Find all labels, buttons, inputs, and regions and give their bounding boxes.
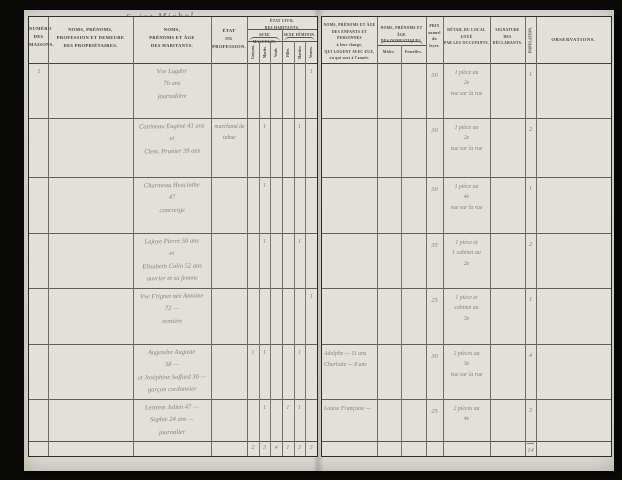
- civil-mark: 1: [294, 122, 306, 133]
- house-number-entry: [31, 235, 47, 236]
- header-etat-profession: ÉTAT OU PROFESSION.: [211, 27, 247, 50]
- civil-mark: [282, 67, 294, 78]
- subcol-label: Mariés.: [259, 41, 271, 63]
- header-habitants: NOMS, PRÉNOMS ET ÂGE DES HABITANTS.: [133, 26, 211, 49]
- civil-mark: [305, 122, 317, 133]
- civil-total: 1: [282, 443, 294, 454]
- civil-mark: [305, 348, 317, 359]
- population-entry: 1: [525, 294, 536, 306]
- civil-total: 3: [305, 443, 317, 454]
- civil-mark: [259, 292, 271, 303]
- table-row: Cattineau Eugène 41 ans et Clem. Prunier…: [29, 118, 317, 177]
- header-dom-femelles: Femelles.: [401, 49, 426, 56]
- civil-mark: [270, 292, 282, 303]
- civil-total: 4: [270, 443, 282, 454]
- loyer-entry: 25: [426, 295, 443, 307]
- subcol-label: Garçons.: [247, 41, 259, 63]
- detail-local-entry: 1 pièce et cabinet au 3e: [443, 293, 490, 324]
- header-population: POPULATION.: [525, 18, 536, 62]
- civil-mark: [247, 122, 259, 133]
- habitants-entry: Cattineau Eugène 41 ans et Clem. Prunier…: [129, 120, 216, 159]
- civil-mark: [294, 292, 306, 303]
- photo-background: rue Saint Michel 523 NUMÉRO DES MAISONS.…: [0, 0, 622, 480]
- civil-mark: 1: [294, 237, 306, 248]
- civil-mark: 1: [282, 403, 294, 414]
- house-number-entry: [31, 401, 47, 402]
- population-entry: 1: [525, 183, 536, 195]
- table-row: 1 Vve Lugder 70 ans journalière 1: [29, 63, 317, 118]
- civil-mark: [305, 403, 317, 414]
- detail-local-entry: 1 pièce au 2e vue sur la rue: [443, 123, 490, 154]
- civil-mark: 1: [259, 403, 271, 414]
- civil-mark: [247, 237, 259, 248]
- civil-mark: 1: [294, 403, 306, 414]
- civil-mark: [294, 181, 306, 192]
- civil-status-marks: 1: [247, 181, 317, 192]
- totals-row: 2 3 4 1 3 3: [29, 441, 317, 456]
- habitants-entry: Augendre Auguste 38 — et Joséphine Soffa…: [129, 346, 216, 397]
- civil-total: 3: [294, 443, 306, 454]
- header-signature: SIGNATURE DES DÉCLARANTS.: [490, 27, 525, 47]
- habitants-entry: Charmeau Hyacinthe 47 concierge: [129, 179, 216, 218]
- habitants-entry: Lajoye Pierre 50 ans et Elisabeth Colin …: [129, 235, 216, 286]
- civil-mark: [282, 292, 294, 303]
- house-number-entry: [31, 120, 47, 121]
- left-page-table: NUMÉRO DES MAISONS. NOMS, PRÉNOMS, PROFE…: [28, 16, 318, 457]
- population-entry: 3: [525, 405, 536, 417]
- habitants-entry: Vve Frignet née Antoine 72 — rentière: [129, 290, 216, 329]
- detail-local-entry: 1 pièce et 1 cabinet au 2e: [443, 238, 490, 269]
- civil-mark: [247, 403, 259, 414]
- house-number-entry: [31, 290, 47, 291]
- population-entry: 4: [525, 350, 536, 362]
- civil-status-marks: 1 1: [247, 237, 317, 248]
- detail-local-entry: 1 pièce au 2e vue sur la rue: [443, 68, 490, 99]
- civil-status-marks: 1 1: [247, 122, 317, 133]
- civil-total: 2: [247, 443, 259, 454]
- loyer-entry: 30: [426, 351, 443, 363]
- population-entry: 2: [525, 124, 536, 136]
- subcol-label: Filles.: [282, 41, 294, 63]
- civil-mark: [270, 67, 282, 78]
- civil-mark: [305, 237, 317, 248]
- civil-mark: [270, 181, 282, 192]
- detail-local-entry: 2 pièces au 3e vue sur la rue: [443, 349, 490, 380]
- loyer-entry: 30: [426, 184, 443, 196]
- header-dom-males: Mâles.: [377, 49, 401, 56]
- header-detail-local: DÉTAIL DU LOCAL LOUÉ PAR LES OCCUPANTS.: [443, 27, 490, 47]
- civil-mark: 1: [259, 181, 271, 192]
- civil-mark: 1: [259, 122, 271, 133]
- enfants-entry: Louise Françoise —: [324, 404, 376, 415]
- civil-status-totals: 2 3 4 1 3 3: [247, 443, 317, 454]
- table-row: Louise Françoise — 25 2 pièces au 4e 3: [322, 399, 611, 441]
- civil-mark: 1: [305, 292, 317, 303]
- subcol-label: Veuves.: [305, 41, 317, 63]
- civil-mark: [305, 181, 317, 192]
- habitants-entry: Vve Lugder 70 ans journalière: [129, 65, 216, 104]
- table-row: Lestrem Julien 47 — Sophie 24 ans — jour…: [29, 399, 317, 441]
- civil-mark: 1: [247, 348, 259, 359]
- loyer-entry: 35: [426, 240, 443, 252]
- civil-status-marks: 1: [247, 292, 317, 303]
- civil-mark: [270, 237, 282, 248]
- civil-mark: [282, 181, 294, 192]
- table-row: Vve Frignet née Antoine 72 — rentière 1: [29, 288, 317, 344]
- house-number-entry: [31, 346, 47, 347]
- table-row: 30 1 pièce au 2e vue sur la rue 1: [322, 63, 611, 118]
- header-observations: OBSERVATIONS.: [536, 36, 611, 44]
- table-row: Adolphe — 11 ans Charlotte — 8 ans 30 2 …: [322, 344, 611, 399]
- population-entry: 2: [525, 239, 536, 251]
- enfants-entry: Adolphe — 11 ans Charlotte — 8 ans: [324, 349, 376, 371]
- civil-status-marks: 1: [247, 67, 317, 78]
- civil-mark: 1: [305, 67, 317, 78]
- table-row: Lajoye Pierre 50 ans et Elisabeth Colin …: [29, 233, 317, 288]
- civil-mark: [247, 67, 259, 78]
- loyer-entry: 25: [426, 406, 443, 418]
- table-row: Augendre Auguste 38 — et Joséphine Soffa…: [29, 344, 317, 399]
- brace-decoration: [380, 41, 423, 46]
- civil-mark: [247, 292, 259, 303]
- civil-status-marks: 1 1 1: [247, 403, 317, 414]
- civil-mark: 1: [259, 237, 271, 248]
- subcol-label: Veufs.: [270, 41, 282, 63]
- header-prix-loyer: PRIX annuel du loyer.: [426, 23, 443, 50]
- document-page: rue Saint Michel 523 NUMÉRO DES MAISONS.…: [24, 10, 614, 471]
- house-number-entry: 1: [31, 65, 48, 78]
- subcol-label: Mariées.: [294, 41, 306, 63]
- table-row: 30 1 pièce au 2e vue sur la rue 2: [322, 118, 611, 177]
- loyer-entry: 30: [426, 70, 443, 82]
- header-proprietaires: NOMS, PRÉNOMS, PROFESSION ET DEMEURE DES…: [48, 26, 133, 49]
- civil-mark: [294, 67, 306, 78]
- table-row: Charmeau Hyacinthe 47 concierge 1: [29, 177, 317, 233]
- civil-mark: [270, 348, 282, 359]
- civil-mark: [282, 237, 294, 248]
- loyer-entry: 30: [426, 125, 443, 137]
- population-total: 14: [525, 443, 536, 457]
- civil-status-marks: 1 1 1: [247, 348, 317, 359]
- table-row: 30 1 pièce au 4e vue sur la rue 1: [322, 177, 611, 233]
- civil-mark: [270, 403, 282, 414]
- house-number-entry: [31, 179, 47, 180]
- profession-entry: marchand de tabac: [212, 122, 247, 144]
- civil-mark: 1: [259, 348, 271, 359]
- habitants-entry: Lestrem Julien 47 — Sophie 24 ans — jour…: [129, 401, 216, 440]
- totals-row: 14: [322, 441, 611, 456]
- civil-mark: [270, 122, 282, 133]
- table-row: 35 1 pièce et 1 cabinet au 2e 2: [322, 233, 611, 288]
- header-numero: NUMÉRO DES MAISONS.: [29, 25, 48, 48]
- civil-mark: [247, 181, 259, 192]
- civil-mark: [282, 122, 294, 133]
- civil-mark: [282, 348, 294, 359]
- detail-local-entry: 2 pièces au 4e: [443, 404, 490, 425]
- population-entry: 1: [525, 69, 536, 81]
- civil-subcolumn-labels: Garçons. Mariés. Veufs. Filles. Mariées.…: [247, 41, 317, 63]
- civil-mark: [259, 67, 271, 78]
- detail-local-entry: 1 pièce au 4e vue sur la rue: [443, 182, 490, 213]
- table-row: 25 1 pièce et cabinet au 3e 1: [322, 288, 611, 344]
- civil-mark: 1: [294, 348, 306, 359]
- header-etat-civil: ÉTAT CIVIL DES HABITANTS.: [247, 18, 317, 31]
- header-enfants: NOMS, PRÉNOMS ET ÂGE DES ENFANTS ET PERS…: [322, 22, 377, 62]
- civil-total: 3: [259, 443, 271, 454]
- right-page-table: NOMS, PRÉNOMS ET ÂGE DES ENFANTS ET PERS…: [321, 16, 612, 457]
